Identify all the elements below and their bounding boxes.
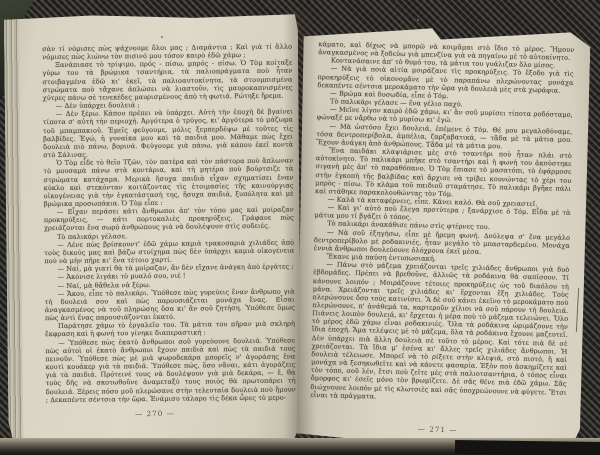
- paragraph: — Πάνω στὸ μάζεμα χρειάζονται τρεῖς χιλι…: [310, 260, 569, 404]
- book-photo: { "book": { "left_page": { "page_number_…: [0, 0, 600, 455]
- left-page: σὰν τί νόμισες πὼς ψάχνουμε ὅλοι μας ; Δ…: [4, 12, 302, 443]
- left-page-number: — 270 —: [8, 407, 302, 419]
- paragraph: Ξανάπιασε τὸ τρίψιμο, πρός - πίσω, μπρός…: [42, 59, 292, 102]
- paragraph: — Λένε πὼς βρίσκουντ' ἐδῶ χάμω καμιὰ τρα…: [44, 238, 294, 265]
- book-cover-bottom: [455, 440, 600, 455]
- paper-speck: [417, 19, 419, 21]
- paragraph: — Ὑπόθεσε πὼς ἑκατὸ ἄνθρωποι σοῦ γυρεύου…: [45, 336, 296, 404]
- right-page-number: — 271 —: [294, 422, 582, 438]
- paper-speck: [161, 36, 163, 38]
- paragraph: — Εἶχαν περάσει κάτι ἄνθρωποι ἀπ' τὸν τό…: [44, 206, 294, 233]
- right-page-text: κάματο, καὶ δίχως νὰ μπορῶ νὰ κοιμᾶμαι σ…: [310, 40, 574, 405]
- right-page: κάματο, καὶ δίχως νὰ μπορῶ νὰ κοιμᾶμαι σ…: [293, 24, 590, 450]
- left-page-text: σὰν τί νόμισες πὼς ψάχνουμε ὅλοι μας ; Δ…: [42, 43, 296, 404]
- paragraph: Ἕνα παιδάκι κλαψιάρισε μὲς στὸ τσαντήρι …: [315, 146, 572, 201]
- paragraph: Ὁ Τὸμ εἶδε τὸ θεῖο Τζών, τὸν πατέρα καὶ …: [43, 157, 293, 209]
- paragraph: — Δὲν ξέρω. Κάπου πρέπει νὰ ὑπάρχει. Αὐτ…: [43, 108, 293, 160]
- paragraph: — Ἄκου, εἶπε τὸ παλικάρι. Ὑπόθεσε πὼς γυ…: [45, 287, 295, 322]
